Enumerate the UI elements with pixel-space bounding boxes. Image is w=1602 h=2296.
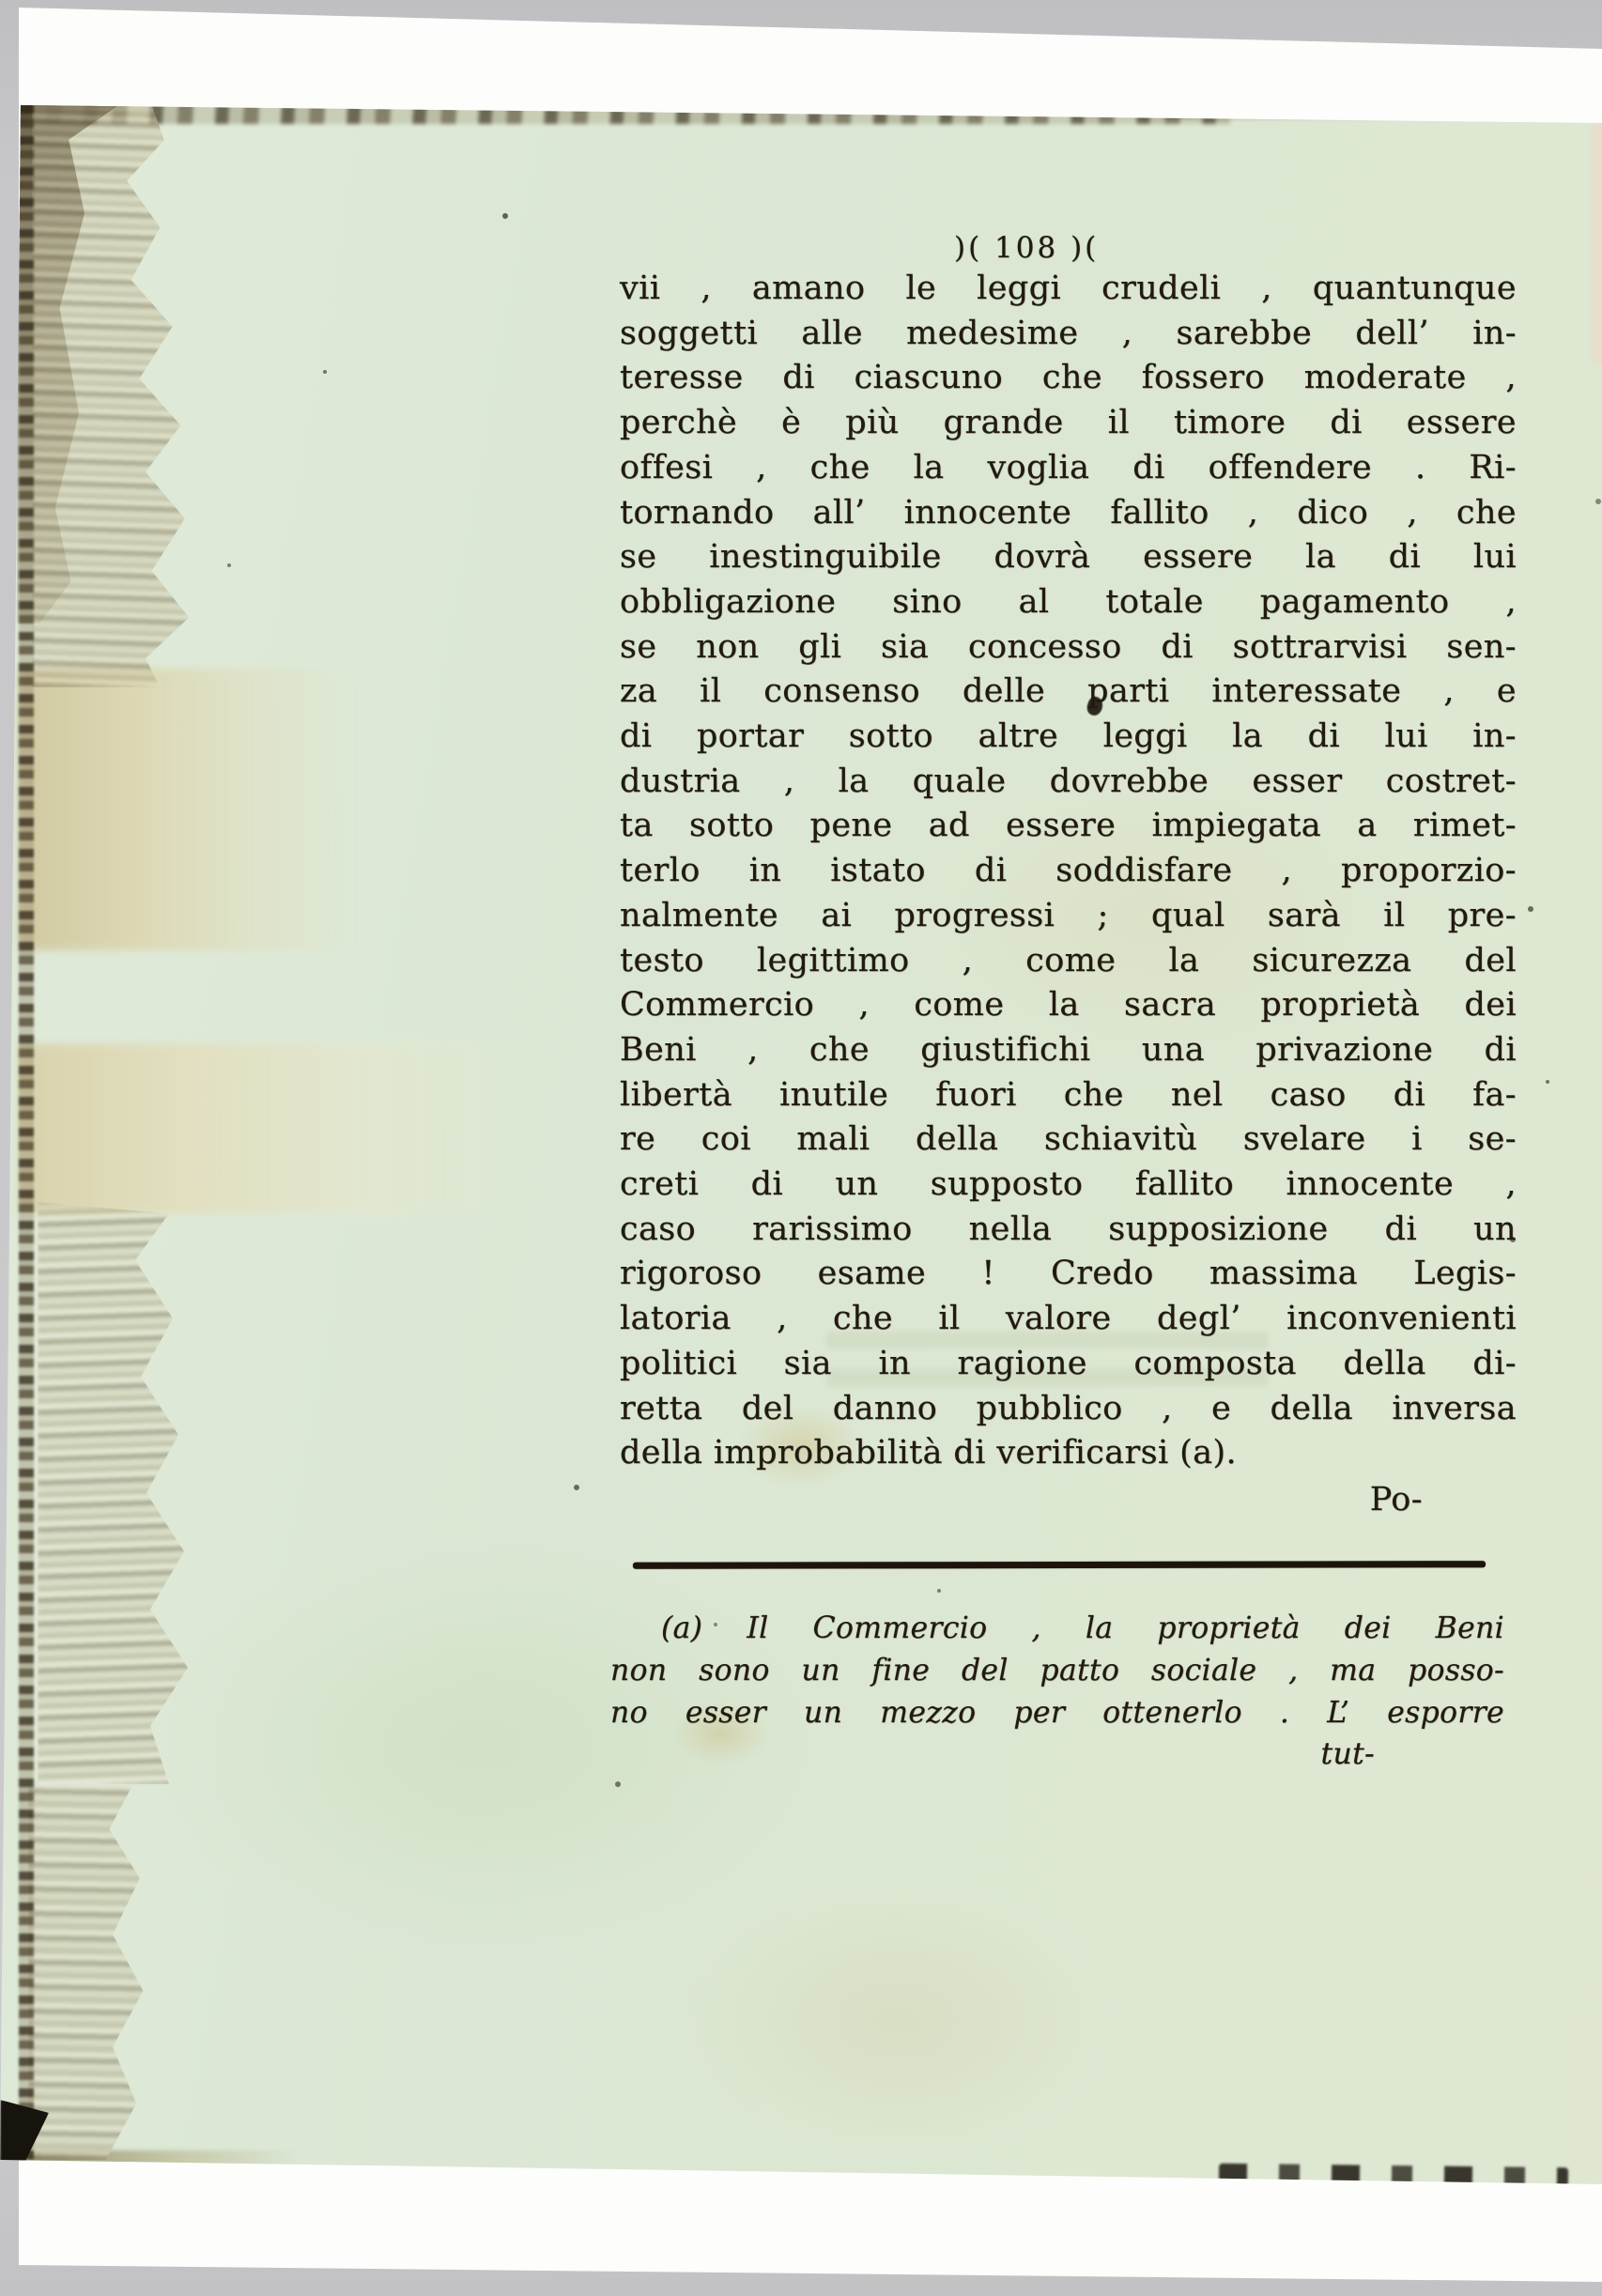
body-line: soggetti alle medesime , sarebbe dell’ i… [620,312,1517,357]
body-line: ta sotto pene ad essere impiegata a rime… [620,804,1517,849]
body-line: libertà inutile fuori che nel caso di fa… [620,1073,1517,1118]
body-line: terlo in istato di soddisfare , proporzi… [620,849,1517,894]
body-line: teresse di ciascuno che fossero moderate… [620,356,1517,401]
deckle-edge-streaks [38,1202,225,1784]
footnote-line: non sono un fine del patto sociale , ma … [610,1650,1504,1692]
body-line: za il consenso delle parti interessate ,… [620,670,1517,715]
deckle-edge-streaks [28,1784,197,2160]
footnote-catchword: tut- [610,1734,1504,1774]
footnote-block: (a) Il Commercio , la proprietà dei Beni… [610,1608,1504,1774]
body-line: dustria , la quale dovrebbe esser costre… [620,760,1517,805]
body-line: di portar sotto altre leggi la di lui in… [620,715,1517,760]
body-line: politici sia in ragione composta della d… [620,1342,1517,1387]
body-line: Commercio , come la sacra proprietà dei [620,983,1517,1028]
body-line: della improbabilità di verificarsi (a). [620,1431,1517,1476]
body-line: caso rarissimo nella supposizione di un [620,1208,1517,1253]
footnote-divider-rule [633,1561,1486,1569]
body-line: testo legittimo , come la sicurezza del [620,939,1517,984]
body-line: tornando all’ innocente fallito , dico ,… [620,491,1517,536]
deckle-edge-streaks [32,105,239,687]
body-line: Beni , che giustifichi una privazione di [620,1028,1517,1073]
page-right-curl [1587,120,1602,364]
body-line: creti di un supposto fallito innocente , [620,1163,1517,1208]
body-line: rigoroso esame ! Credo massima Legis- [620,1252,1517,1297]
page-edges-tan-band [19,1044,526,1213]
body-line: re coi mali della schiavitù svelare i se… [620,1117,1517,1163]
body-line: nalmente ai progressi ; qual sarà il pre… [620,894,1517,939]
body-line: se inestinguibile dovrà essere la di lui [620,535,1517,580]
body-line: se non gli sia concesso di sottrarvisi s… [620,625,1517,670]
body-line: perchè è più grande il timore di essere [620,401,1517,446]
footnote-line: no esser un mezzo per ottenerlo . L’ esp… [610,1692,1504,1734]
page-edges-tan-band [19,669,357,950]
body-line: retta del danno pubblico , e della inver… [620,1387,1517,1432]
body-line: offesi , che la voglia di offendere . Ri… [620,446,1517,491]
catchword: Po- [620,1476,1517,1523]
folio-page-number: )( 108 )( [954,231,1099,265]
body-line: vii , amano le leggi crudeli , quantunqu… [620,267,1517,312]
body-line: obbligazione sino al totale pagamento , [620,580,1517,625]
scanned-book-page: { "page": { "folio_header": ")( 108 )(",… [0,0,1602,2296]
body-line: latoria , che il valore degl’ inconvenie… [620,1297,1517,1342]
main-text-block: vii , amano le leggi crudeli , quantunqu… [620,267,1517,1523]
footnote-line: (a) Il Commercio , la proprietà dei Beni [610,1608,1504,1650]
ink-specks [0,0,4,4]
binding-edge-line [19,105,34,2162]
book-page-paper: )( 108 )( vii , amano le leggi crudeli ,… [0,0,1602,2296]
